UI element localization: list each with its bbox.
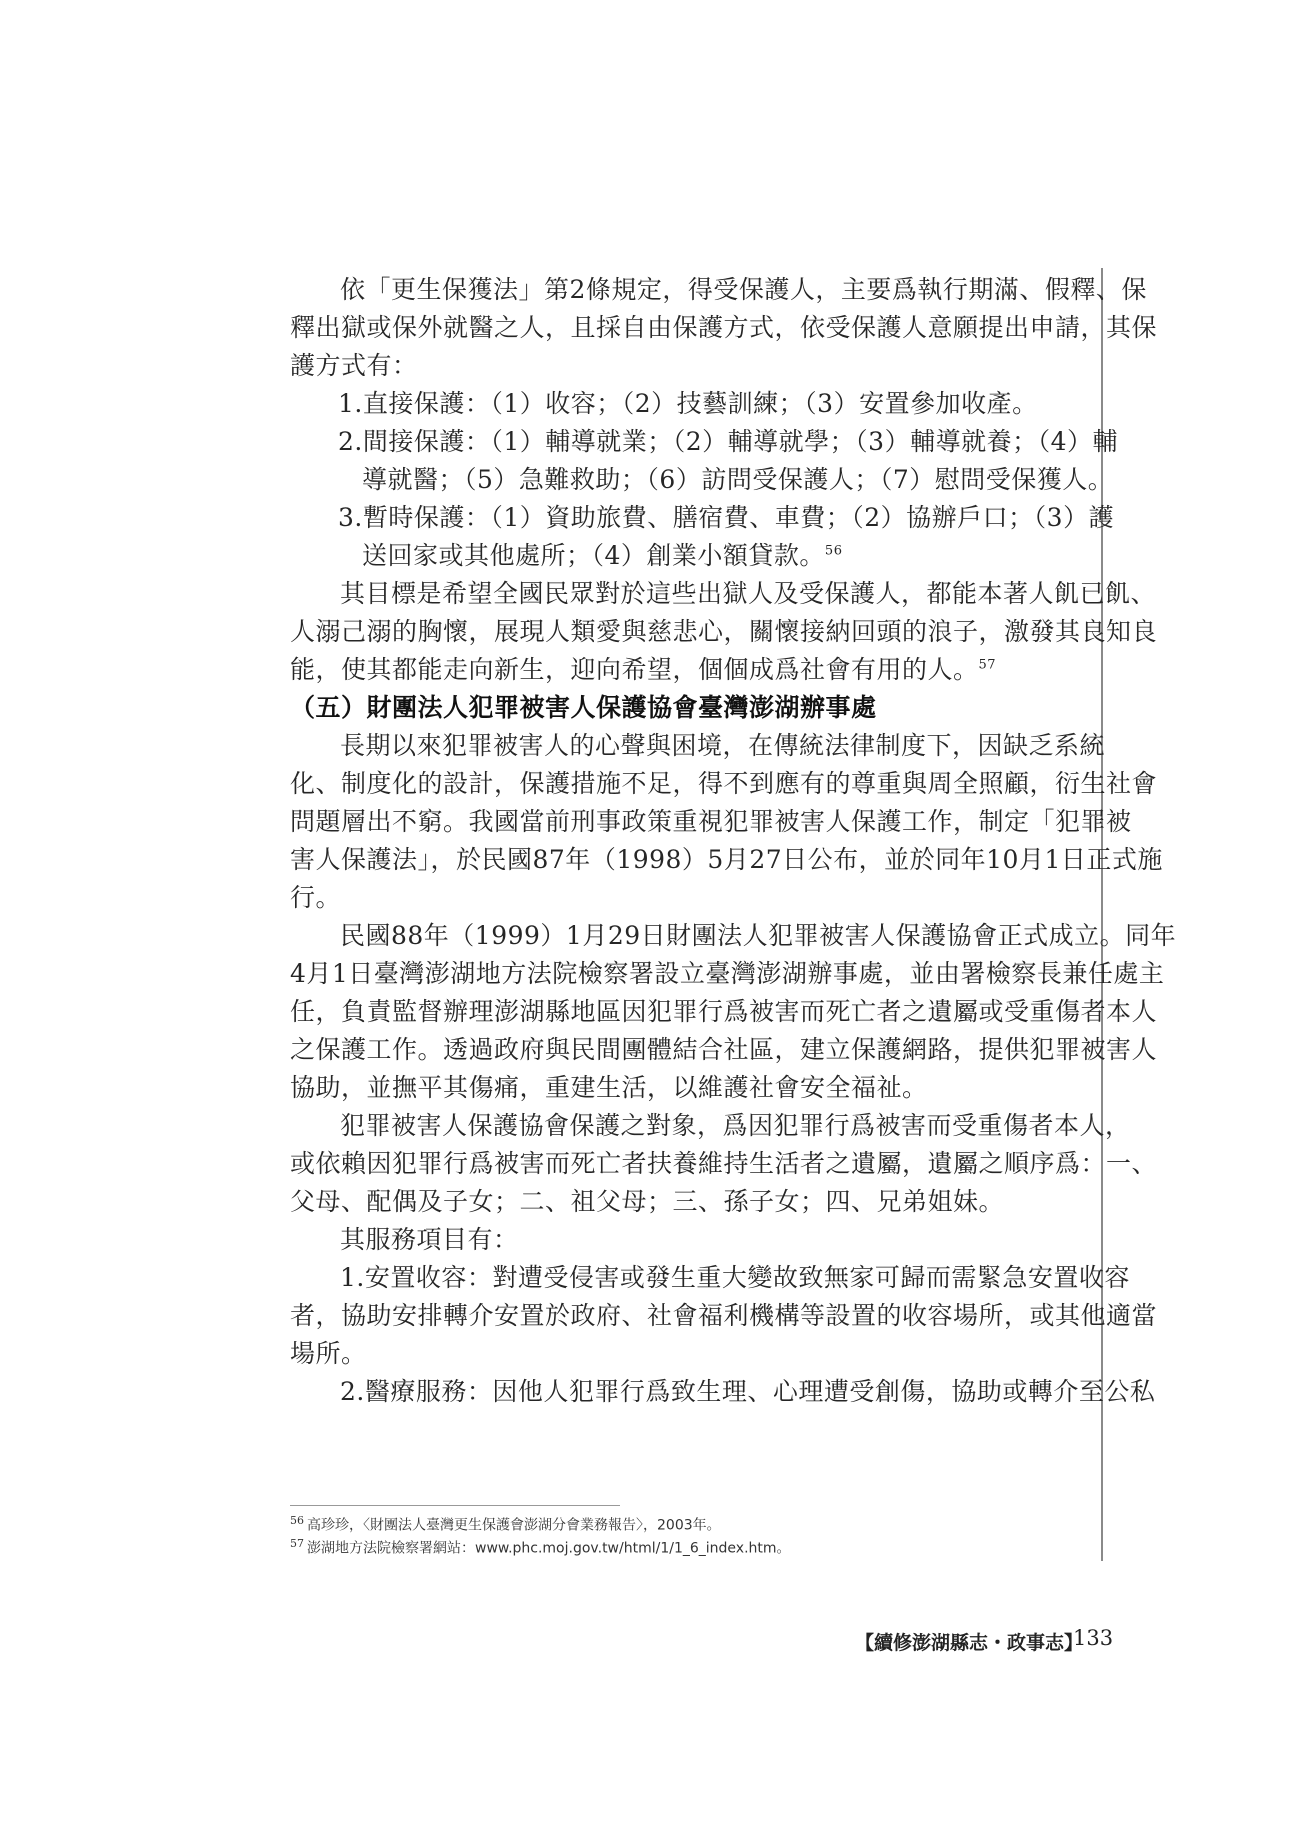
list-item: 1.直接保護：（1）收容；（2）技藝訓練；（3）安置參加收產。 bbox=[338, 385, 1038, 423]
section-heading: （五）財團法人犯罪被害人保護協會臺灣澎湖辦事處 bbox=[290, 689, 877, 727]
list-item-continuation: 導就醫；（5）急難救助；（6）訪問受保護人；（7）慰問受保獲人。 bbox=[362, 461, 1113, 499]
footnote: 57澎湖地方法院檢察署網站：www.phc.moj.gov.tw/html/1/… bbox=[290, 1537, 791, 1558]
list-item: 3.暫時保護：（1）資助旅費、膳宿費、車費；（2）協辦戶口；（3）護 bbox=[338, 499, 1114, 537]
body-line: 問題層出不窮。我國當前刑事政策重視犯罪被害人保護工作，制定「犯罪被 bbox=[290, 803, 1132, 841]
body-line: 任，負責監督辦理澎湖縣地區因犯罪行爲被害而死亡者之遺屬或受重傷者本人 bbox=[290, 993, 1157, 1031]
footnote-text: 澎湖地方法院檢察署網站：www.phc.moj.gov.tw/html/1/1_… bbox=[307, 1541, 791, 1557]
body-line: 護方式有： bbox=[290, 347, 418, 385]
body-line: 者，協助安排轉介安置於政府、社會福利機構等設置的收容場所，或其他適當 bbox=[290, 1297, 1157, 1335]
footnote-divider bbox=[290, 1505, 620, 1506]
body-line: 協助，並撫平其傷痛，重建生活，以維護社會安全福祉。 bbox=[290, 1069, 928, 1107]
footnote-number: 57 bbox=[290, 1537, 304, 1550]
list-item-continuation: 送回家或其他處所；（4）創業小額貸款。56 bbox=[362, 537, 842, 575]
footnote: 56高珍珍，〈財團法人臺灣更生保護會澎湖分會業務報告〉，2003年。 bbox=[290, 1514, 721, 1535]
body-line: 其目標是希望全國民眾對於這些出獄人及受保護人，都能本著人飢已飢、 bbox=[340, 575, 1156, 613]
list-item: 2.間接保護：（1）輔導就業；（2）輔導就學；（3）輔導就養；（4）輔 bbox=[338, 423, 1118, 461]
footnote-ref[interactable]: 57 bbox=[979, 658, 997, 673]
body-line: 害人保護法」，於民國87年（1998）5月27日公布，並於同年10月1日正式施 bbox=[290, 841, 1163, 879]
body-line: 場所。 bbox=[290, 1335, 367, 1373]
body-line: 長期以來犯罪被害人的心聲與困境，在傳統法律制度下，因缺乏系統 bbox=[340, 727, 1105, 765]
body-line: 依「更生保獲法」第2條規定，得受保護人，主要爲執行期滿、假釋、保 bbox=[340, 271, 1147, 309]
body-line: 民國88年（1999）1月29日財團法人犯罪被害人保護協會正式成立。同年 bbox=[340, 917, 1176, 955]
body-line: 父母、配偶及子女；二、祖父母；三、孫子女；四、兄弟姐妹。 bbox=[290, 1183, 1004, 1221]
body-line: 4月1日臺灣澎湖地方法院檢察署設立臺灣澎湖辦事處，並由署檢察長兼任處主 bbox=[290, 955, 1164, 993]
body-line: 或依賴因犯罪行爲被害而死亡者扶養維持生活者之遺屬，遺屬之順序爲：一、 bbox=[290, 1145, 1157, 1183]
footnote-text: 高珍珍，〈財團法人臺灣更生保護會澎湖分會業務報告〉，2003年。 bbox=[307, 1518, 721, 1534]
body-line: 能，使其都能走向新生，迎向希望，個個成爲社會有用的人。57 bbox=[290, 651, 996, 689]
body-line: 行。 bbox=[290, 879, 341, 917]
running-footer-title: 【續修澎湖縣志・政事志】 bbox=[855, 1628, 1083, 1655]
list-item: 2.醫療服務：因他人犯罪行爲致生理、心理遭受創傷，協助或轉介至公私 bbox=[340, 1373, 1155, 1411]
body-line: 釋出獄或保外就醫之人，且採自由保護方式，依受保護人意願提出申請，其保 bbox=[290, 309, 1157, 347]
footnote-ref[interactable]: 56 bbox=[825, 544, 843, 559]
body-line: 其服務項目有： bbox=[340, 1221, 519, 1259]
body-line: 犯罪被害人保護協會保護之對象，爲因犯罪行爲被害而受重傷者本人， bbox=[340, 1107, 1131, 1145]
page-number: 133 bbox=[1073, 1626, 1113, 1650]
document-page: 依「更生保獲法」第2條規定，得受保護人，主要爲執行期滿、假釋、保 釋出獄或保外就… bbox=[0, 0, 1300, 1838]
body-line: 化、制度化的設計，保護措施不足，得不到應有的尊重與周全照顧，衍生社會 bbox=[290, 765, 1157, 803]
body-line: 人溺己溺的胸懷，展現人類愛與慈悲心，關懷接納回頭的浪子，激發其良知良 bbox=[290, 613, 1157, 651]
body-line: 之保護工作。透過政府與民間團體結合社區，建立保護網路，提供犯罪被害人 bbox=[290, 1031, 1157, 1069]
list-item: 1.安置收容：對遭受侵害或發生重大變故致無家可歸而需緊急安置收容 bbox=[340, 1259, 1130, 1297]
footnote-number: 56 bbox=[290, 1514, 304, 1527]
